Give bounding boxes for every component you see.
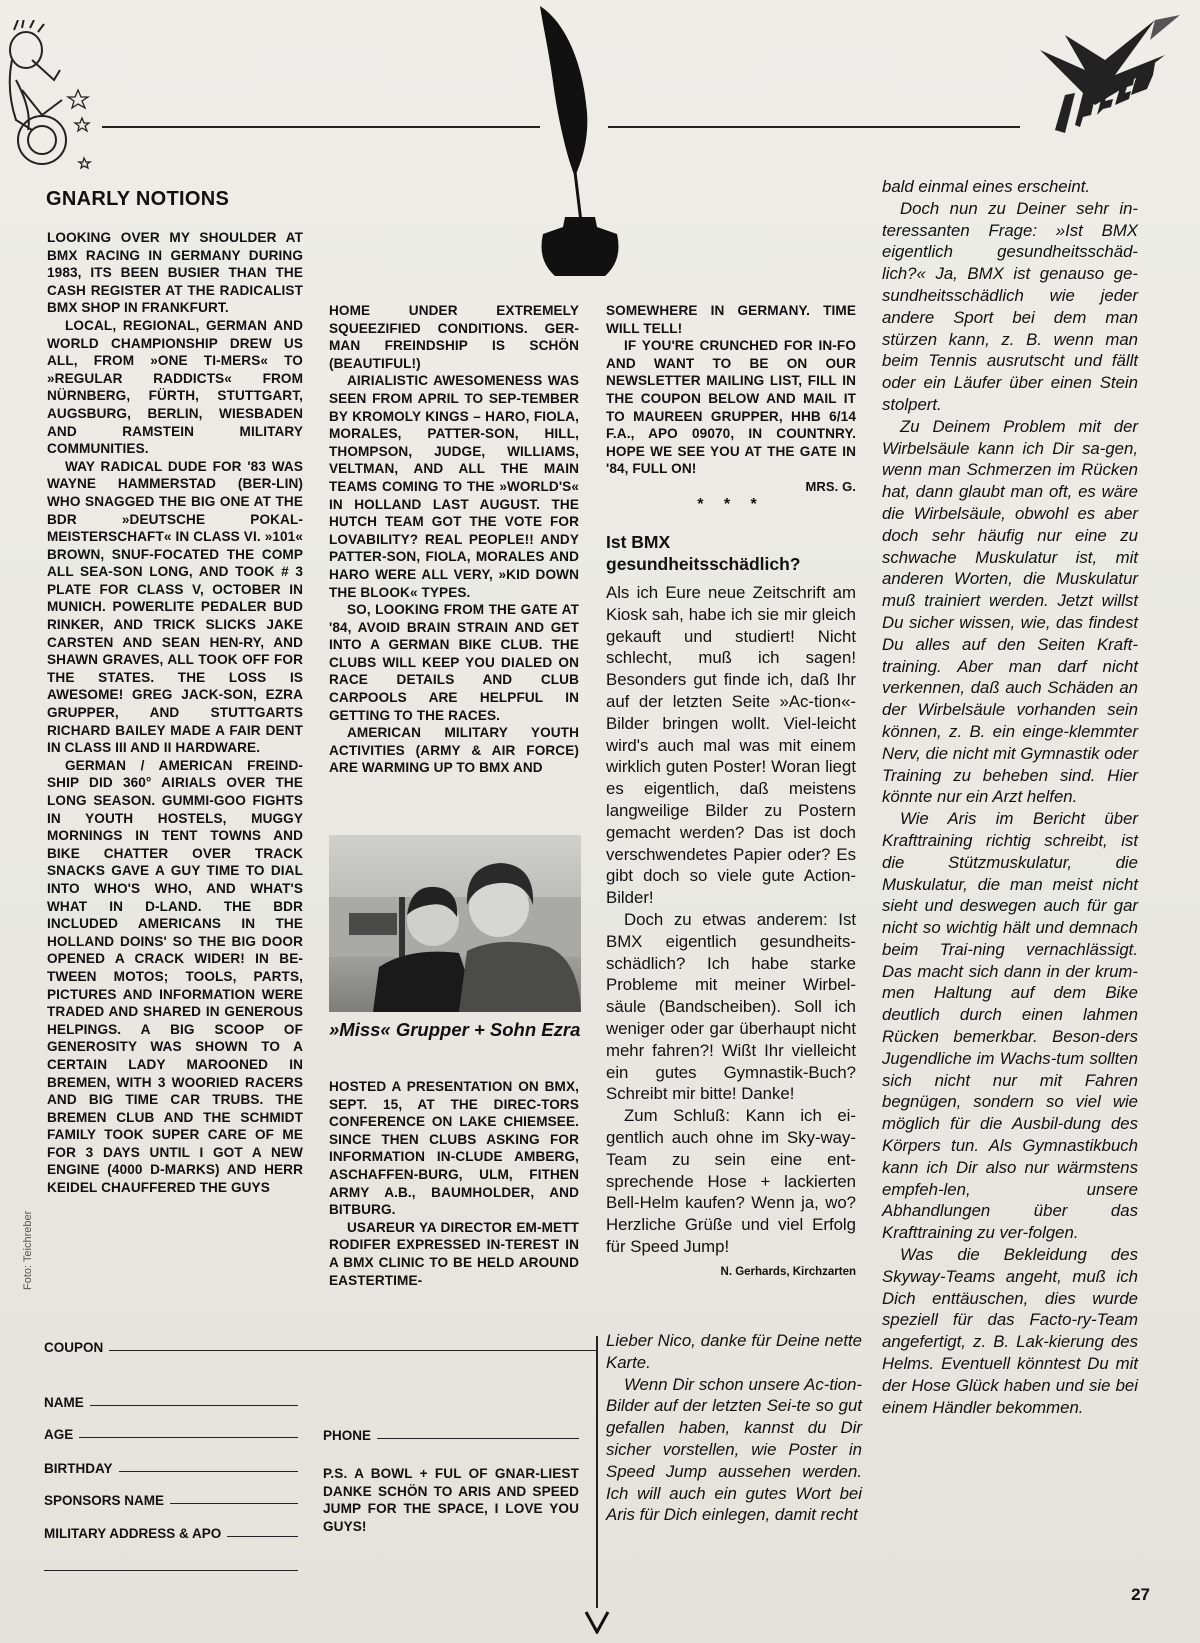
paragraph: Lieber Nico, danke für Deine nette Karte…	[606, 1330, 862, 1374]
birthday-field[interactable]: BIRTHDAY	[44, 1461, 298, 1476]
scissors-mark-icon	[584, 1610, 610, 1634]
paragraph: LOOKING OVER MY SHOULDER AT BMX RACING I…	[47, 229, 303, 317]
author-signature: MRS. G.	[606, 478, 856, 496]
coupon-title: COUPON	[44, 1340, 103, 1355]
paragraph: AIRIALISTIC AWESOMENESS WAS SEEN FROM AP…	[329, 372, 579, 601]
coupon-top-rule	[109, 1349, 598, 1351]
letter-signature: N. Gerhards, Kirchzarten	[606, 1262, 856, 1284]
age-field[interactable]: AGE	[44, 1427, 298, 1442]
letter-title-line-1: Ist BMX	[606, 531, 866, 553]
phone-label: PHONE	[323, 1428, 371, 1443]
speed-jump-logo-icon	[1035, 15, 1185, 155]
paragraph: Zum Schluß: Kann ich ei-gentlich auch oh…	[606, 1105, 856, 1258]
paragraph: Wie Aris im Bericht über Krafttraining r…	[882, 808, 1138, 1244]
postscript-text: P.S. A BOWL + FUL OF GNAR-LIEST DANKE SC…	[323, 1465, 579, 1535]
paragraph: SO, LOOKING FROM THE GATE AT '84, AVOID …	[329, 601, 579, 724]
paragraph: Was die Bekleidung des Skyway-Teams ange…	[882, 1244, 1138, 1418]
paragraph: GERMAN / AMERICAN FREIND-SHIP DID 360° A…	[47, 757, 303, 1197]
header-rule-left	[102, 126, 540, 128]
military-address-label: MILITARY ADDRESS & APO	[44, 1526, 221, 1541]
name-label: NAME	[44, 1395, 84, 1410]
bmx-rider-cartoon-icon	[2, 20, 92, 180]
name-field[interactable]: NAME	[44, 1395, 298, 1410]
paragraph: HOME UNDER EXTREMELY SQUEEZIFIED CONDITI…	[329, 302, 579, 372]
paragraph: bald einmal eines erscheint.	[882, 176, 1138, 198]
name-input-line[interactable]	[90, 1404, 298, 1406]
military-address-field[interactable]: MILITARY ADDRESS & APO	[44, 1526, 298, 1541]
gnarly-column-1: LOOKING OVER MY SHOULDER AT BMX RACING I…	[47, 229, 303, 1197]
gnarly-column-3: SOMEWHERE IN GERMANY. TIME WILL TELL! IF…	[606, 302, 856, 496]
paragraph: Als ich Eure neue Zeitschrift am Kiosk s…	[606, 582, 856, 909]
gnarly-column-2b: HOSTED A PRESENTATION ON BMX, SEPT. 15, …	[329, 1078, 579, 1289]
birthday-input-line[interactable]	[119, 1470, 298, 1472]
coupon-border-right	[596, 1336, 598, 1608]
magazine-page: GNARLY NOTIONS LOOKING OVER MY SHOULDER …	[0, 0, 1200, 1643]
paragraph: LOCAL, REGIONAL, GERMAN AND WORLD CHAMPI…	[47, 317, 303, 458]
paragraph: WAY RADICAL DUDE FOR '83 WAS WAYNE HAMME…	[47, 458, 303, 757]
military-address-input-line[interactable]	[227, 1535, 298, 1537]
article-title: GNARLY NOTIONS	[46, 188, 229, 211]
military-address-second-line[interactable]	[44, 1570, 298, 1571]
editor-reply-part-1: Lieber Nico, danke für Deine nette Karte…	[606, 1330, 862, 1526]
editor-reply-part-2: bald einmal eines erscheint. Doch nun zu…	[882, 176, 1138, 1418]
photo-credit: Foto: Teichreber	[22, 1211, 34, 1290]
reader-letter: Als ich Eure neue Zeitschrift am Kiosk s…	[606, 582, 856, 1284]
age-label: AGE	[44, 1427, 73, 1442]
paragraph: SOMEWHERE IN GERMANY. TIME WILL TELL!	[606, 302, 856, 337]
header-rule-right	[608, 126, 1020, 128]
section-separator: * * *	[606, 496, 856, 514]
sponsors-name-field[interactable]: SPONSORS NAME	[44, 1493, 298, 1508]
gnarly-column-2: HOME UNDER EXTREMELY SQUEEZIFIED CONDITI…	[329, 302, 579, 777]
paragraph: IF YOU'RE CRUNCHED FOR IN-FO AND WANT TO…	[606, 337, 856, 478]
coupon-header: COUPON	[44, 1340, 598, 1355]
photo-caption: »Miss« Grupper + Sohn Ezra	[329, 1018, 589, 1042]
sponsors-name-input-line[interactable]	[170, 1502, 298, 1504]
sponsors-name-label: SPONSORS NAME	[44, 1493, 164, 1508]
quill-inkwell-icon	[535, 2, 625, 284]
birthday-label: BIRTHDAY	[44, 1461, 113, 1476]
photo-grupper	[329, 835, 581, 1012]
age-input-line[interactable]	[79, 1436, 298, 1438]
paragraph: USAREUR YA DIRECTOR EM-METT RODIFER EXPR…	[329, 1219, 579, 1289]
page-number: 27	[1131, 1585, 1150, 1605]
paragraph: AMERICAN MILITARY YOUTH ACTIVITIES (ARMY…	[329, 724, 579, 777]
paragraph: Doch nun zu Deiner sehr in-teressanten F…	[882, 198, 1138, 416]
paragraph: Doch zu etwas anderem: Ist BMX eigentlic…	[606, 909, 856, 1105]
letter-title-line-2: gesundheitsschädlich?	[606, 553, 866, 575]
letter-title: Ist BMX gesundheitsschädlich?	[606, 531, 866, 575]
paragraph: Zu Deinem Problem mit der Wirbelsäule ka…	[882, 416, 1138, 808]
paragraph: Wenn Dir schon unsere Ac-tion-Bilder auf…	[606, 1374, 862, 1527]
photo-image-icon	[329, 835, 581, 1012]
paragraph: HOSTED A PRESENTATION ON BMX, SEPT. 15, …	[329, 1078, 579, 1219]
postscript: P.S. A BOWL + FUL OF GNAR-LIEST DANKE SC…	[323, 1465, 579, 1535]
phone-field[interactable]: PHONE	[323, 1428, 579, 1443]
phone-input-line[interactable]	[377, 1437, 579, 1439]
